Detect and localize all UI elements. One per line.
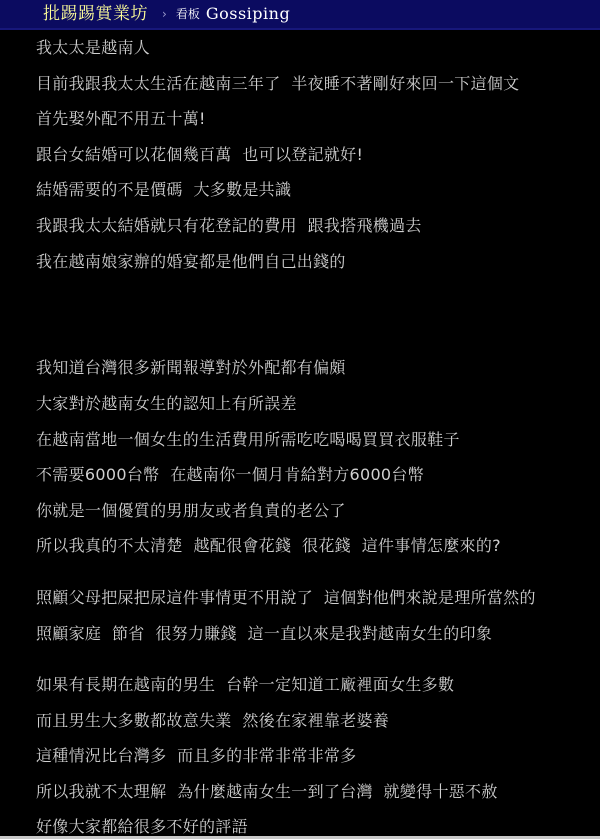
article-line: 我跟我太太結婚就只有花登記的費用 跟我搭飛機過去 — [36, 208, 596, 244]
article-line: 所以我就不太理解 為什麼越南女生一到了台灣 就變得十惡不赦 — [36, 774, 596, 810]
article-line: 在越南當地一個女生的生活費用所需吃吃喝喝買買衣服鞋子 — [36, 422, 596, 458]
article-line: 照顧家庭 節省 很努力賺錢 這一直以來是我對越南女生的印象 — [36, 616, 596, 652]
blank-line — [36, 279, 596, 315]
board-link[interactable]: Gossiping — [206, 0, 290, 29]
blank-line — [36, 564, 596, 580]
top-bar: 批踢踢實業坊 › 看板 Gossiping — [0, 0, 600, 30]
board-label: 看板 — [176, 0, 200, 29]
article-line: 結婚需要的不是價碼 大多數是共識 — [36, 172, 596, 208]
article-line: 所以我真的不太清楚 越配很會花錢 很花錢 這件事情怎麼來的? — [36, 528, 596, 564]
article-line: 大家對於越南女生的認知上有所誤差 — [36, 386, 596, 422]
article-line: 好像大家都給很多不好的評語 — [36, 809, 596, 839]
article-line: 首先娶外配不用五十萬! — [36, 101, 596, 137]
article-content: 我太太是越南人 目前我跟我太太生活在越南三年了 半夜睡不著剛好來回一下這個文 首… — [36, 30, 596, 839]
paragraph: 如果有長期在越南的男生 台幹一定知道工廠裡面女生多數 而且男生大多數都故意失業 … — [36, 667, 596, 839]
article-line: 我太太是越南人 — [36, 30, 596, 66]
article-line: 而且男生大多數都故意失業 然後在家裡靠老婆養 — [36, 703, 596, 739]
site-logo-link[interactable]: 批踢踢實業坊 — [43, 0, 148, 29]
paragraph: 照顧父母把屎把尿這件事情更不用說了 這個對他們來說是理所當然的 照顧家庭 節省 … — [36, 580, 596, 651]
article-line: 目前我跟我太太生活在越南三年了 半夜睡不著剛好來回一下這個文 — [36, 66, 596, 102]
article-line: 我知道台灣很多新聞報導對於外配都有偏頗 — [36, 350, 596, 386]
article-line: 照顧父母把屎把尿這件事情更不用說了 這個對他們來說是理所當然的 — [36, 580, 596, 616]
paragraph: 我知道台灣很多新聞報導對於外配都有偏頗 大家對於越南女生的認知上有所誤差 在越南… — [36, 350, 596, 564]
blank-line — [36, 651, 596, 667]
article-line: 跟台女結婚可以花個幾百萬 也可以登記就好! — [36, 137, 596, 173]
article-line: 如果有長期在越南的男生 台幹一定知道工廠裡面女生多數 — [36, 667, 596, 703]
article-line: 不需要6000台幣 在越南你一個月肯給對方6000台幣 — [36, 457, 596, 493]
breadcrumb-separator-icon: › — [162, 0, 167, 29]
article-line: 我在越南娘家辦的婚宴都是他們自己出錢的 — [36, 244, 596, 280]
article-line: 這種情況比台灣多 而且多的非常非常非常多 — [36, 738, 596, 774]
article-line: 你就是一個優質的男朋友或者負責的老公了 — [36, 493, 596, 529]
blank-line — [36, 315, 596, 351]
paragraph: 我太太是越南人 目前我跟我太太生活在越南三年了 半夜睡不著剛好來回一下這個文 首… — [36, 30, 596, 279]
